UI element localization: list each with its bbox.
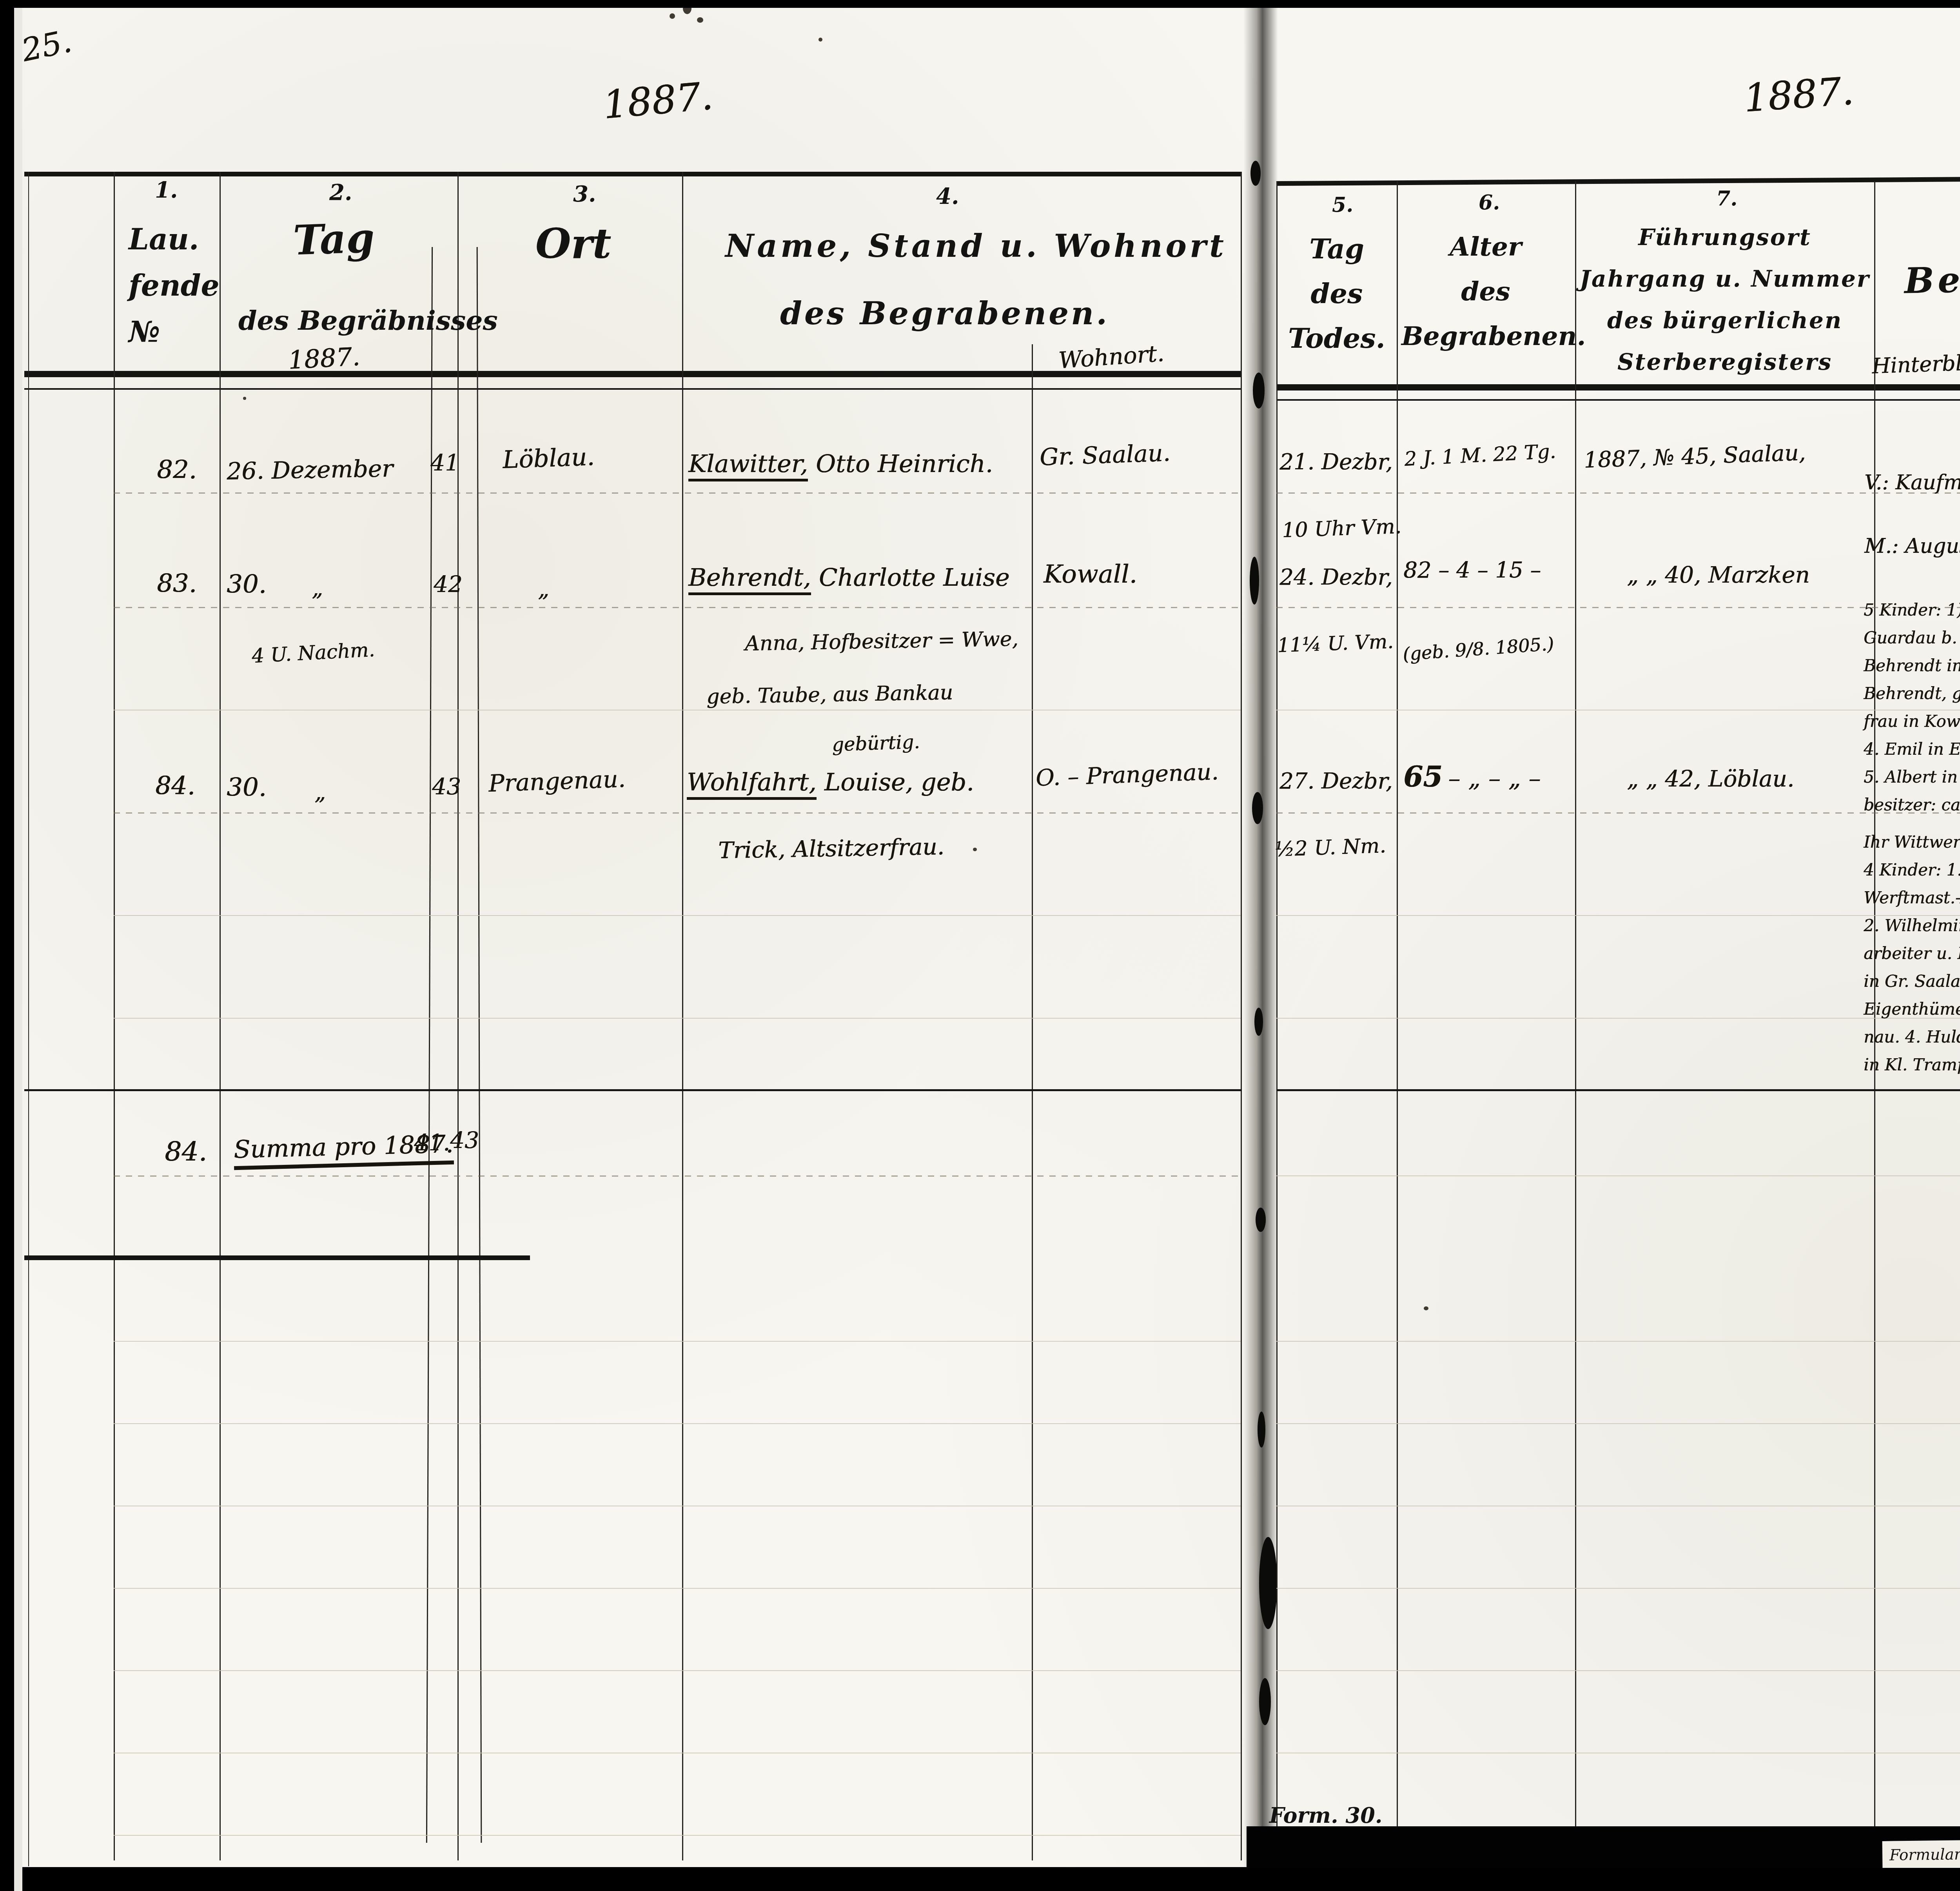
page-margin-line: [28, 172, 29, 1866]
gutter-blot: [1250, 557, 1259, 605]
col5-label: TagdesTodes.: [1286, 227, 1388, 361]
entry-83-death-1: 24. Dezbr,: [1279, 565, 1393, 590]
entry-82-bemerkungen: V.: Kaufmann Julius Kl.,M.: Auguste, geb…: [1864, 451, 1960, 578]
col-line: [1276, 181, 1278, 1826]
entry-84-alter-years: 65: [1403, 760, 1443, 793]
entry-83-grave-no: 42: [434, 571, 463, 598]
section-separator-right: [1276, 1089, 1960, 1091]
entry-82-burial-day: 26. Dezember: [226, 455, 393, 485]
entry-83-register: „ „ 40, Marzken: [1627, 561, 1810, 588]
entry-84-bemerkungen: Ihr Wittwer: Michael W. —4 Kinder: 1. Fr…: [1864, 828, 1960, 1079]
rule: [1276, 1341, 1960, 1342]
entry-84-burial-ditto: „: [314, 779, 326, 805]
col7-number: 7.: [1716, 187, 1737, 211]
gutter-blot: [1258, 1411, 1265, 1448]
gutter-blot: [1254, 1008, 1263, 1036]
col-line: [1575, 181, 1576, 1826]
rule: [1276, 1423, 1960, 1424]
entry-84-name: Wohlfahrt,Louise, geb.: [687, 768, 974, 796]
entry-83-no: 83.: [157, 569, 197, 598]
header-separator-thin-left: [24, 388, 1242, 390]
scan-left-edge: [14, 0, 22, 1891]
rule: [1276, 1670, 1960, 1671]
rule: [1276, 1506, 1960, 1506]
col-line: [1397, 181, 1398, 1826]
register-scan: 25. 25. 1887. 1887. 1.: [0, 0, 1960, 1891]
col1-label: Lau.fende№: [129, 216, 220, 355]
ink-speck: [697, 17, 703, 23]
ink-speck: [818, 38, 822, 42]
rule: [114, 1588, 1241, 1589]
rule: [114, 1506, 1241, 1506]
entry-84-alter-rest: – „ – „ –: [1448, 764, 1541, 792]
rule: [1276, 915, 1960, 916]
summary-grave-b: 43: [450, 1127, 479, 1153]
entry-84-no: 84.: [155, 772, 195, 801]
entry-84-ort: Prangenau.: [488, 765, 626, 797]
col7-label: FührungsortJahrgang u. Nummerdes bürgerl…: [1579, 216, 1871, 383]
entry-83-name-line2: Anna, Hofbesitzer = Wwe,: [745, 627, 1019, 656]
rule: [114, 812, 1241, 814]
ink-speck: [1424, 1306, 1428, 1310]
entry-84-surname: Wohlfahrt,: [687, 768, 817, 800]
rule: [1276, 492, 1960, 494]
col-line: [682, 172, 683, 1860]
col2-label-top: Tag: [292, 213, 376, 264]
entry-82-ort: Löblau.: [502, 442, 595, 474]
scan-top-black: [0, 0, 1960, 8]
entry-84-name-line2: Trick, Altsitzerfrau.: [718, 833, 944, 864]
entry-84-alter: 65– „ – „ –: [1403, 760, 1541, 793]
entry-82-death-1: 21. Dezbr,: [1279, 449, 1393, 475]
table-top-border-left: [24, 172, 1242, 176]
year-title-right: 1887.: [1742, 69, 1855, 121]
entry-82-name: Klawitter,Otto Heinrich.: [688, 449, 993, 478]
header-separator-thin-right: [1276, 399, 1960, 401]
entry-83-bemerkungen: 5 Kinder: 1) Amandus Hofbes. inGuardau b…: [1864, 596, 1960, 819]
col-line: [114, 172, 115, 1860]
rule: [1276, 1175, 1960, 1176]
col4-number: 4.: [936, 183, 959, 209]
summary-no: 84.: [165, 1136, 207, 1167]
col1-number: 1.: [155, 177, 178, 203]
col2-annotation-year: 1887.: [287, 342, 361, 375]
rule: [1276, 1753, 1960, 1753]
table-right-edge-left-page: [1241, 172, 1242, 1860]
entry-82-grave-no: 41: [430, 449, 459, 476]
entry-84-burial-day: 30.: [227, 773, 267, 802]
col2-label-bottom: des Begräbnisses: [238, 305, 498, 336]
entry-82-wohnort: Gr. Saalau.: [1039, 439, 1171, 471]
scan-bottom-black: [0, 1868, 1960, 1891]
entry-83-name: Behrendt,Charlotte Luise: [688, 563, 1010, 592]
rule: [114, 1018, 1241, 1019]
entry-83-wohnort: Kowall.: [1044, 560, 1137, 589]
col4-label-bottom: des Begrabenen.: [780, 295, 1109, 332]
ink-speck: [670, 13, 675, 19]
col6-number: 6.: [1479, 191, 1500, 214]
summary-closing-line: [24, 1255, 530, 1260]
entry-84-register: „ „ 42, Löblau.: [1627, 765, 1794, 792]
rule: [114, 1835, 1241, 1836]
rule: [114, 1423, 1241, 1424]
gutter-blot: [1259, 1537, 1277, 1629]
rule: [114, 915, 1241, 916]
entry-83-ort-ditto: „: [538, 576, 549, 602]
entry-83-alter-1: 82 – 4 – 15 –: [1403, 558, 1541, 583]
year-title-left: 1887.: [601, 74, 715, 128]
rule: [1276, 812, 1960, 814]
summary-grave-a: 41.: [414, 1129, 450, 1156]
entry-83-burial-day: 30.: [227, 570, 267, 599]
header-separator-thick-right: [1276, 384, 1960, 391]
rule: [114, 1753, 1241, 1753]
rule: [114, 607, 1241, 608]
ink-speck: [973, 848, 977, 851]
entry-83-burial-ditto: „: [312, 576, 323, 601]
rule: [1276, 1588, 1960, 1589]
section-separator-left: [24, 1089, 1242, 1091]
entry-83-name-line4: gebürtig.: [831, 731, 920, 756]
ink-speck: [243, 397, 246, 400]
rule: [1276, 710, 1960, 710]
wohnort-subcol-line: [1032, 344, 1033, 1860]
entry-84-death-1: 27. Dezbr,: [1279, 768, 1393, 794]
entry-83-name-line3: geb. Taube, aus Bankau: [706, 681, 953, 709]
col3-label: Ort: [535, 220, 611, 268]
entry-82-death-2: 10 Uhr Vm.: [1281, 515, 1402, 543]
col2-number: 2.: [329, 180, 352, 205]
col4-label-top: Name, Stand u. Wohnort: [725, 227, 1227, 264]
gutter-blot: [1252, 792, 1263, 824]
col8-label: Bemerkungen.: [1904, 254, 1960, 302]
entry-82-no: 82.: [157, 456, 197, 485]
col3-number: 3.: [573, 181, 596, 207]
gutter-blot: [1250, 161, 1261, 186]
col-line: [457, 172, 459, 1860]
rule: [114, 1175, 1241, 1177]
rule: [114, 1670, 1241, 1671]
entry-83-surname: Behrendt,: [688, 563, 811, 595]
entry-84-grave-no: 43: [432, 773, 461, 800]
entry-83-name-rest: Charlotte Luise: [819, 563, 1010, 592]
rule: [114, 492, 1241, 494]
gutter-blot: [1253, 372, 1265, 409]
entry-84-death-2: ½2 U. Nm.: [1274, 834, 1386, 861]
rule: [1276, 1018, 1960, 1019]
col6-label: AlterdesBegrabenen.: [1401, 224, 1570, 358]
entry-82-surname: Klawitter,: [688, 449, 808, 481]
form-number: Form. 30.: [1269, 1803, 1383, 1828]
rule: [114, 1341, 1241, 1342]
rule: [1276, 607, 1960, 608]
gutter-blot: [1259, 1678, 1271, 1725]
col-line: [220, 172, 221, 1860]
entry-84-name-rest: Louise, geb.: [824, 768, 974, 796]
entry-82-name-rest: Otto Heinrich.: [816, 449, 993, 478]
col5-number: 5.: [1332, 193, 1353, 217]
rule: [114, 710, 1241, 710]
entry-83-death-2: 11¼ U. Vm.: [1277, 630, 1394, 657]
gutter-blot: [1256, 1208, 1266, 1232]
